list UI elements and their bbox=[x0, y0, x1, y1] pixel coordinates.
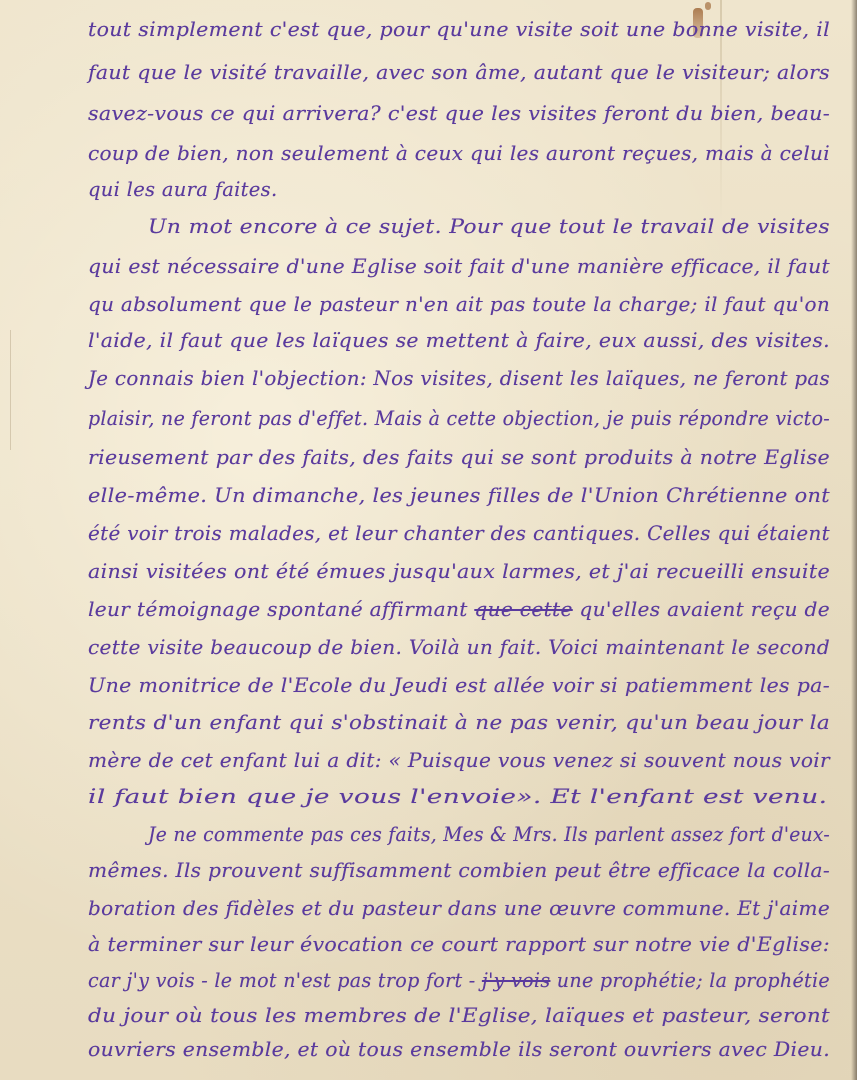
text-line: car j'y vois - le mot n'est pas trop for… bbox=[88, 969, 830, 992]
line-text: Je connais bien l'objection: Nos visites… bbox=[88, 367, 830, 390]
text-line: Je connais bien l'objection: Nos visites… bbox=[88, 367, 830, 390]
line-text: cette visite beaucoup de bien. Voilà un … bbox=[88, 636, 830, 659]
line-text: leur témoignage spontané affirmant bbox=[88, 598, 468, 621]
line-text-continued: qu'elles avaient reçu de bbox=[579, 598, 830, 621]
text-line: Je ne commente pas ces faits, Mes & Mrs.… bbox=[148, 823, 830, 846]
line-text: plaisir, ne feront pas d'effet. Mais à c… bbox=[88, 407, 830, 430]
text-line: qu absolument que le pasteur n'en ait pa… bbox=[88, 293, 830, 316]
text-line: rieusement par des faits, des faits qui … bbox=[88, 446, 830, 469]
line-text: coup de bien, non seulement à ceux qui l… bbox=[88, 142, 830, 165]
text-line: boration des fidèles et du pasteur dans … bbox=[88, 897, 830, 920]
text-line: été voir trois malades, et leur chanter … bbox=[88, 522, 830, 545]
text-line: du jour où tous les membres de l'Eglise,… bbox=[88, 1004, 830, 1027]
text-line: coup de bien, non seulement à ceux qui l… bbox=[88, 142, 830, 165]
line-text: savez-vous ce qui arrivera? c'est que le… bbox=[88, 102, 830, 125]
line-text: mère de cet enfant lui a dit: « Puisque … bbox=[88, 749, 830, 772]
text-line: l'aide, il faut que les laïques se mette… bbox=[88, 329, 830, 352]
text-line: Une monitrice de l'Ecole du Jeudi est al… bbox=[88, 674, 830, 697]
text-line: à terminer sur leur évocation ce court r… bbox=[88, 933, 830, 956]
line-text: mêmes. Ils prouvent suffisamment combien… bbox=[88, 859, 830, 882]
line-text: faut que le visité travaille, avec son â… bbox=[88, 61, 830, 84]
text-line: qui est nécessaire d'une Eglise soit fai… bbox=[88, 255, 830, 278]
line-text-continued: une prophétie; la prophétie bbox=[557, 969, 830, 992]
line-text: il faut bien que je vous l'envoie». Et l… bbox=[88, 785, 827, 808]
text-line: il faut bien que je vous l'envoie». Et l… bbox=[88, 785, 827, 808]
line-text: qu absolument que le pasteur n'en ait pa… bbox=[88, 293, 830, 316]
text-line: mêmes. Ils prouvent suffisamment combien… bbox=[88, 859, 830, 882]
text-line: cette visite beaucoup de bien. Voilà un … bbox=[88, 636, 830, 659]
line-text: qui les aura faites. bbox=[88, 178, 277, 201]
line-text: car j'y vois - le mot n'est pas trop for… bbox=[88, 969, 476, 992]
line-text: ainsi visitées ont été émues jusqu'aux l… bbox=[88, 560, 830, 583]
struck-out-text: j'y vois bbox=[482, 969, 551, 992]
text-line: Un mot encore à ce sujet. Pour que tout … bbox=[148, 215, 830, 238]
text-line: elle-même. Un dimanche, les jeunes fille… bbox=[88, 484, 830, 507]
line-text: Une monitrice de l'Ecole du Jeudi est al… bbox=[88, 674, 830, 697]
text-line: rents d'un enfant qui s'obstinait à ne p… bbox=[88, 711, 830, 734]
line-text: qui est nécessaire d'une Eglise soit fai… bbox=[88, 255, 830, 278]
text-line: savez-vous ce qui arrivera? c'est que le… bbox=[88, 102, 830, 125]
text-line: leur témoignage spontané affirmant que c… bbox=[88, 598, 830, 621]
text-line: tout simplement c'est que, pour qu'une v… bbox=[88, 18, 830, 41]
line-text: elle-même. Un dimanche, les jeunes fille… bbox=[88, 484, 830, 507]
line-text: été voir trois malades, et leur chanter … bbox=[88, 522, 830, 545]
text-line: qui les aura faites. bbox=[88, 178, 277, 201]
text-line: faut que le visité travaille, avec son â… bbox=[88, 61, 830, 84]
struck-out-text: que cette bbox=[474, 598, 572, 621]
line-text: l'aide, il faut que les laïques se mette… bbox=[88, 329, 830, 352]
line-text: boration des fidèles et du pasteur dans … bbox=[88, 897, 830, 920]
text-line: plaisir, ne feront pas d'effet. Mais à c… bbox=[88, 407, 830, 430]
line-text: ouvriers ensemble, et où tous ensemble i… bbox=[88, 1038, 830, 1061]
letter-page: tout simplement c'est que, pour qu'une v… bbox=[0, 0, 857, 1080]
line-text: rents d'un enfant qui s'obstinait à ne p… bbox=[88, 711, 830, 734]
line-text: à terminer sur leur évocation ce court r… bbox=[88, 933, 830, 956]
line-text: du jour où tous les membres de l'Eglise,… bbox=[88, 1004, 830, 1027]
line-text: tout simplement c'est que, pour qu'une v… bbox=[88, 18, 830, 41]
line-text: Un mot encore à ce sujet. Pour que tout … bbox=[148, 215, 830, 238]
text-line: mère de cet enfant lui a dit: « Puisque … bbox=[88, 749, 830, 772]
text-line: ainsi visitées ont été émues jusqu'aux l… bbox=[88, 560, 830, 583]
text-line: ouvriers ensemble, et où tous ensemble i… bbox=[88, 1038, 830, 1061]
line-text: rieusement par des faits, des faits qui … bbox=[88, 446, 830, 469]
handwritten-text: tout simplement c'est que, pour qu'une v… bbox=[0, 0, 857, 1080]
line-text: Je ne commente pas ces faits, Mes & Mrs.… bbox=[148, 823, 830, 846]
